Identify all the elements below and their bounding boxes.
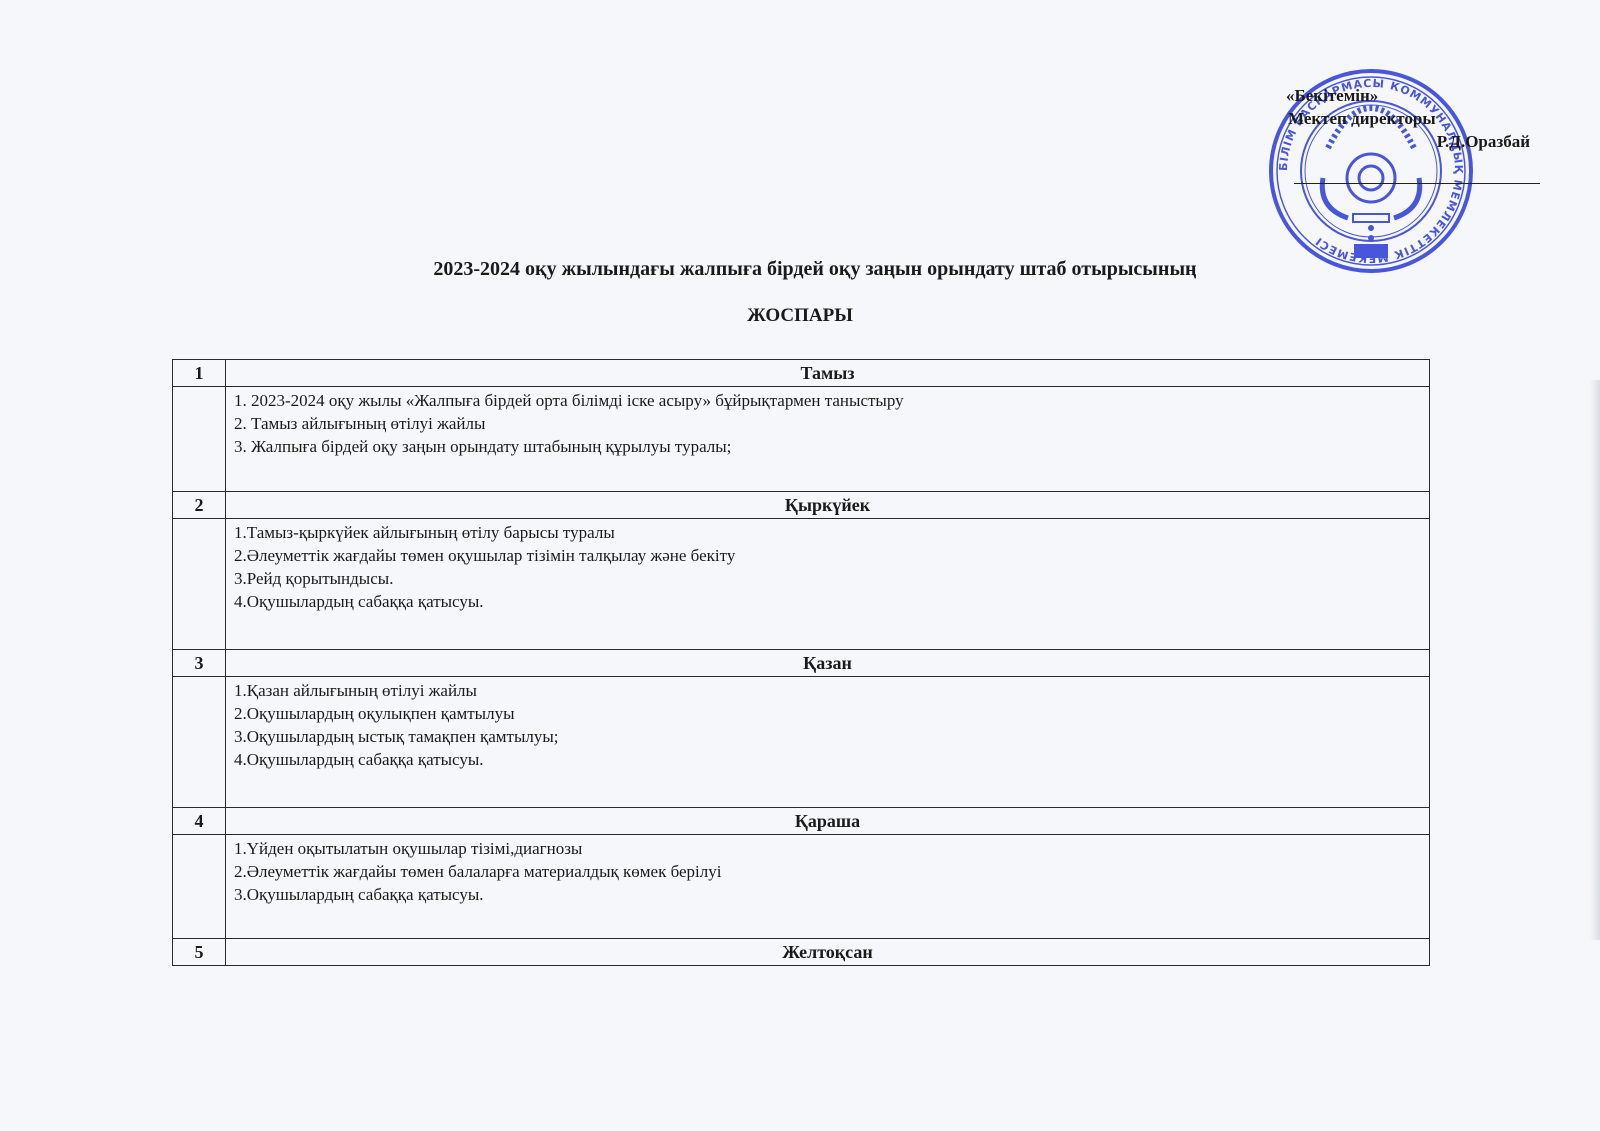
plan-table: 1 Тамыз 1. 2023-2024 оқу жылы «Жалпыға б… bbox=[172, 359, 1430, 966]
month-label: Тамыз bbox=[226, 360, 1430, 387]
empty-number-cell bbox=[173, 387, 226, 492]
month-header-row: 2 Қыркүйек bbox=[173, 492, 1430, 519]
agenda-item: 3.Рейд қорытындысы. bbox=[234, 567, 1421, 590]
agenda-item: 1. 2023-2024 оқу жылы «Жалпыға бірдей ор… bbox=[234, 389, 1421, 412]
scan-edge-shadow bbox=[1590, 380, 1600, 940]
month-label: Қыркүйек bbox=[226, 492, 1430, 519]
month-label: Желтоқсан bbox=[226, 939, 1430, 966]
month-header-row: 5 Желтоқсан bbox=[173, 939, 1430, 966]
month-label: Қараша bbox=[226, 808, 1430, 835]
agenda-items: 1.Тамыз-қыркүйек айлығының өтілу барысы … bbox=[226, 519, 1430, 650]
agenda-item: 3. Жалпыға бірдей оқу заңын орындату шта… bbox=[234, 435, 1421, 458]
month-items-row: 1. 2023-2024 оқу жылы «Жалпыға бірдей ор… bbox=[173, 387, 1430, 492]
empty-number-cell bbox=[173, 677, 226, 808]
month-items-row: 1.Үйден оқытылатын оқушылар тізімі,диагн… bbox=[173, 835, 1430, 939]
row-number: 2 bbox=[173, 492, 226, 519]
approval-label: «Бекітемін» bbox=[1282, 84, 1542, 107]
agenda-item: 4.Оқушылардың сабаққа қатысуы. bbox=[234, 590, 1421, 613]
signature-line bbox=[1294, 183, 1540, 184]
agenda-item: 3.Оқушылардың сабаққа қатысуы. bbox=[234, 883, 1421, 906]
agenda-item: 2. Тамыз айлығының өтілуі жайлы bbox=[234, 412, 1421, 435]
approval-name: Р.Д.Оразбай bbox=[1282, 130, 1542, 153]
month-header-row: 4 Қараша bbox=[173, 808, 1430, 835]
agenda-item: 1.Қазан айлығының өтілуі жайлы bbox=[234, 679, 1421, 702]
agenda-item: 1.Үйден оқытылатын оқушылар тізімі,диагн… bbox=[234, 837, 1421, 860]
approval-block: «Бекітемін» Мектеп директоры Р.Д.Оразбай bbox=[1282, 84, 1542, 153]
agenda-item: 2.Оқушылардың оқулықпен қамтылуы bbox=[234, 702, 1421, 725]
agenda-item: 4.Оқушылардың сабаққа қатысуы. bbox=[234, 748, 1421, 771]
agenda-item: 1.Тамыз-қыркүйек айлығының өтілу барысы … bbox=[234, 521, 1421, 544]
agenda-items: 1.Қазан айлығының өтілуі жайлы 2.Оқушыла… bbox=[226, 677, 1430, 808]
empty-number-cell bbox=[173, 835, 226, 939]
agenda-items: 1.Үйден оқытылатын оқушылар тізімі,диагн… bbox=[226, 835, 1430, 939]
row-number: 5 bbox=[173, 939, 226, 966]
agenda-item: 3.Оқушылардың ыстық тамақпен қамтылуы; bbox=[234, 725, 1421, 748]
document-subtitle: ЖОСПАРЫ bbox=[0, 305, 1600, 327]
agenda-item: 2.Әлеуметтік жағдайы төмен балаларға мат… bbox=[234, 860, 1421, 883]
month-items-row: 1.Қазан айлығының өтілуі жайлы 2.Оқушыла… bbox=[173, 677, 1430, 808]
row-number: 1 bbox=[173, 360, 226, 387]
row-number: 4 bbox=[173, 808, 226, 835]
month-header-row: 3 Қазан bbox=[173, 650, 1430, 677]
month-label: Қазан bbox=[226, 650, 1430, 677]
approval-position: Мектеп директоры bbox=[1282, 107, 1542, 130]
month-items-row: 1.Тамыз-қыркүйек айлығының өтілу барысы … bbox=[173, 519, 1430, 650]
agenda-items: 1. 2023-2024 оқу жылы «Жалпыға бірдей ор… bbox=[226, 387, 1430, 492]
empty-number-cell bbox=[173, 519, 226, 650]
agenda-item: 2.Әлеуметтік жағдайы төмен оқушылар тізі… bbox=[234, 544, 1421, 567]
month-header-row: 1 Тамыз bbox=[173, 360, 1430, 387]
row-number: 3 bbox=[173, 650, 226, 677]
